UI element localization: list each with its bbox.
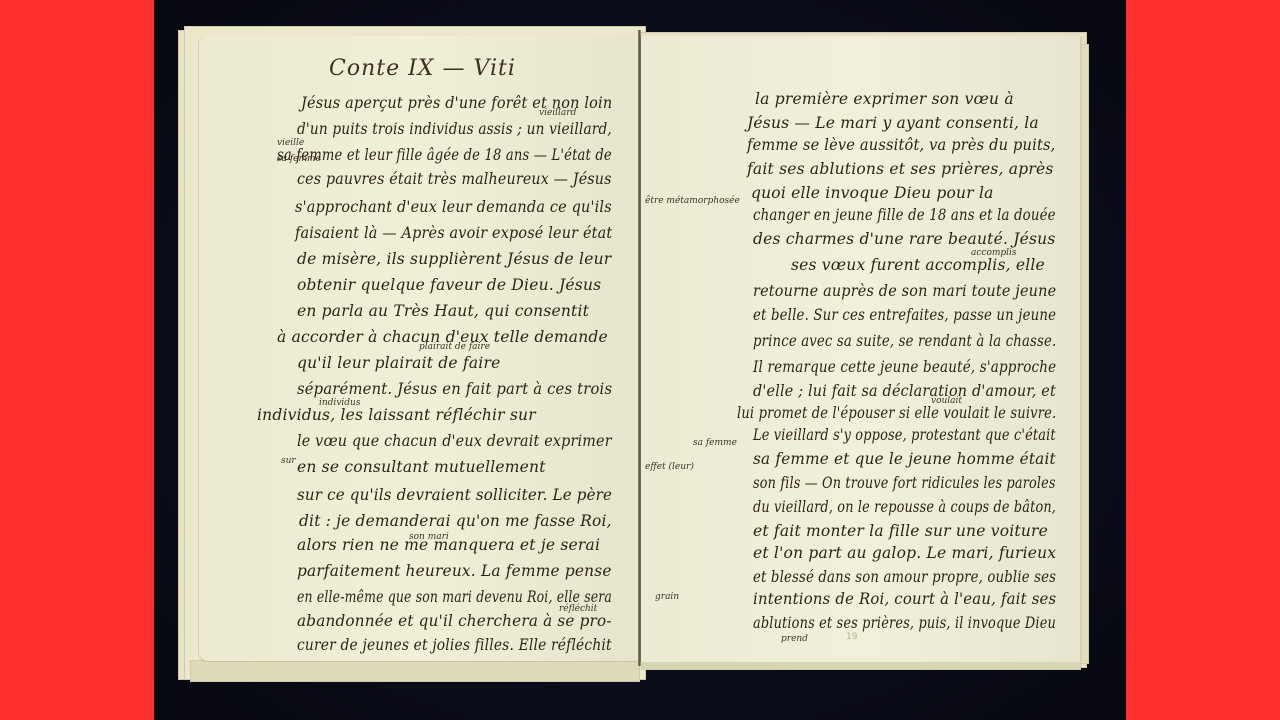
text-line: la première exprimer son vœu à	[755, 90, 1014, 108]
right-page: la première exprimer son vœu à Jésus — L…	[640, 36, 1082, 662]
text-line: intentions de Roi, court à l'eau, fait s…	[753, 590, 1056, 608]
page-title: Conte IX — Viti	[329, 56, 516, 81]
text-line: sa femme et leur fille âgée de 18 ans — …	[277, 146, 612, 164]
red-frame-right	[1126, 0, 1280, 720]
text-line: Le vieillard s'y oppose, protestant que …	[753, 426, 1056, 444]
text-line: fait ses ablutions et ses prières, après	[747, 160, 1053, 178]
interlinear-note: individus	[319, 398, 360, 408]
text-line: abandonnée et qu'il cherchera à se pro-	[297, 612, 612, 630]
text-line: femme se lève aussitôt, va près du puits…	[747, 136, 1055, 154]
interlinear-note: accomplis	[971, 248, 1017, 258]
text-line: individus, les laissant réfléchir sur	[257, 406, 536, 424]
text-line: obtenir quelque faveur de Dieu. Jésus	[297, 276, 601, 294]
margin-note: sa femme	[693, 438, 737, 448]
red-frame-left	[0, 0, 154, 720]
text-line: d'un puits trois individus assis ; un vi…	[297, 120, 612, 138]
text-line: Il remarque cette jeune beauté, s'approc…	[753, 358, 1056, 376]
page-stack-bottom-left	[190, 660, 640, 682]
text-line: curer de jeunes et jolies filles. Elle r…	[297, 636, 612, 654]
text-line: qu'il leur plairait de faire	[297, 354, 500, 372]
margin-note: effet (leur)	[645, 462, 694, 472]
text-line: Jésus — Le mari y ayant consenti, la	[747, 114, 1039, 132]
text-line: parfaitement heureux. La femme pense	[297, 562, 612, 580]
text-line: d'elle ; lui fait sa déclaration d'amour…	[753, 382, 1056, 400]
text-line: et belle. Sur ces entrefaites, passe un …	[753, 306, 1056, 324]
text-line: ses vœux furent accomplis, elle	[791, 256, 1045, 274]
margin-note: être métamorphosée	[645, 196, 740, 206]
interlinear-note: plairait de faire	[419, 342, 490, 352]
page-number: 19	[846, 632, 857, 642]
text-line: s'approchant d'eux leur demanda ce qu'il…	[295, 198, 612, 216]
interlinear-note: vieillard	[539, 108, 576, 118]
text-line: du vieillard, on le repousse à coups de …	[753, 498, 1056, 516]
margin-note: sa femme	[277, 154, 321, 164]
text-line: séparément. Jésus en fait part à ces tro…	[297, 380, 612, 398]
interlinear-note: son mari	[409, 532, 449, 542]
interlinear-note: voulait	[931, 396, 962, 406]
text-line: en parla au Très Haut, qui consentit	[297, 302, 589, 320]
margin-note: vieille	[277, 138, 304, 148]
text-line: ces pauvres était très malheureux — Jésu…	[297, 170, 612, 188]
text-line: son fils — On trouve fort ridicules les …	[753, 474, 1056, 492]
text-line: des charmes d'une rare beauté. Jésus	[753, 230, 1056, 248]
margin-note: sur	[281, 456, 296, 466]
text-line: en se consultant mutuellement	[297, 458, 546, 476]
text-line: dit : je demanderai qu'on me fasse Roi,	[299, 512, 612, 530]
text-line: quoi elle invoque Dieu pour la	[751, 184, 994, 202]
text-line: retourne auprès de son mari toute jeune	[753, 282, 1056, 300]
interlinear-note: réfléchit	[559, 604, 597, 614]
text-line: sa femme et que le jeune homme était	[753, 450, 1056, 468]
text-line: faisaient là — Après avoir exposé leur é…	[295, 224, 612, 242]
left-page: Conte IX — Viti Jésus aperçut près d'une…	[198, 36, 636, 662]
text-line: lui promet de l'épouser si elle voulait …	[737, 404, 1056, 422]
text-line: et fait monter la fille sur une voiture	[753, 522, 1048, 540]
text-line: et l'on part au galop. Le mari, furieux	[753, 544, 1056, 562]
text-line: et blessé dans son amour propre, oublie …	[753, 568, 1056, 586]
interlinear-note: prend	[781, 634, 808, 644]
margin-note: grain	[655, 592, 679, 602]
manuscript-photo: Conte IX — Viti Jésus aperçut près d'une…	[154, 0, 1126, 720]
text-line: changer en jeune fille de 18 ans et la d…	[753, 206, 1056, 224]
text-line: ablutions et ses prières, puis, il invoq…	[753, 614, 1056, 632]
text-line: sur ce qu'ils devraient solliciter. Le p…	[297, 486, 612, 504]
text-line: prince avec sa suite, se rendant à la ch…	[753, 332, 1056, 350]
text-line: le vœu que chacun d'eux devrait exprimer	[297, 432, 612, 450]
text-line: de misère, ils supplièrent Jésus de leur	[297, 250, 611, 268]
